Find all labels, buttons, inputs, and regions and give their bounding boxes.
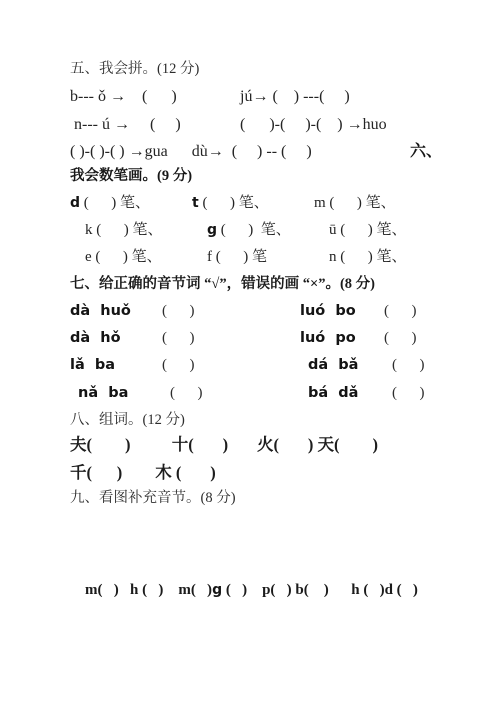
letter-e: e <box>85 249 92 265</box>
letter-u-macron: ū <box>329 222 337 238</box>
stroke-item-g: g ( ) 笔、 <box>207 221 329 239</box>
section6-number: 六、 <box>410 143 442 161</box>
section7-title: 七、给正确的音节词 “√”，错误的画 “×”。(8 分) <box>70 275 442 293</box>
answer-blank: ( ) <box>162 330 195 346</box>
stroke-count-row-3: e ( ) 笔、 f ( ) 笔 n ( ) 笔、 <box>70 248 442 266</box>
section8-title: 八、组词。(12 分) <box>70 411 442 429</box>
stroke-blank: ( ) 笔、 <box>92 249 162 265</box>
syllable-row-2: dà hǒ( ) luó po( ) <box>70 329 442 347</box>
pinyin-split-ju: jú→ ( ) ---( ) <box>240 88 350 106</box>
pinyin-word: dà hǒ <box>70 329 162 347</box>
syllable-da-ba: dá bǎ( ) <box>300 356 442 374</box>
stroke-item-k: k ( ) 笔、 <box>85 221 207 239</box>
section9-title: 九、看图补充音节。(8 分) <box>70 489 442 507</box>
syllable-la-ba: lǎ ba( ) <box>70 356 300 374</box>
pinyin-word: bá dǎ <box>308 384 392 402</box>
pinyin-blend-gua-du: ( )-( )-( ) →gua dù→ ( ) -- ( ) <box>70 143 312 161</box>
stroke-blank: ( ) 笔 <box>212 249 267 265</box>
worksheet-page: 五、我会拼。(12 分) b--- ǒ → ( ) jú→ ( ) ---( )… <box>0 0 500 708</box>
syllable-row-1: dà huǒ( ) luó bo( ) <box>70 302 442 320</box>
stroke-blank: ( ) 笔、 <box>217 222 291 238</box>
pinyin-blend-b-o: b--- ǒ → ( ) <box>70 88 240 106</box>
section5-title: 五、我会拼。(12 分) <box>70 60 442 78</box>
pinyin-word: lǎ ba <box>70 356 162 374</box>
pinyin-blend-n-u: n--- ú → ( ) <box>70 116 240 134</box>
syllable-blanks-right: ( ) p( ) b( ) h ( )d ( ) <box>222 582 418 598</box>
syllable-row-3: lǎ ba( ) dá bǎ( ) <box>70 356 442 374</box>
syllable-na-ba: nǎ ba( ) <box>78 384 308 402</box>
answer-blank: ( ) <box>162 357 195 373</box>
letter-t: t <box>192 195 199 211</box>
answer-blank: ( ) <box>384 330 417 346</box>
section5-row1: b--- ǒ → ( ) jú→ ( ) ---( ) <box>70 88 442 106</box>
pinyin-word: luó po <box>300 329 384 347</box>
answer-blank: ( ) <box>162 303 195 319</box>
pinyin-blend-huo: ( )-( )-( ) →huo <box>240 116 387 134</box>
letter-g: g <box>207 222 217 238</box>
stroke-item-e: e ( ) 笔、 <box>85 248 207 266</box>
stroke-item-d: d ( ) 笔、 <box>70 194 192 212</box>
answer-blank: ( ) <box>392 385 425 401</box>
stroke-item-n: n ( ) 笔、 <box>329 248 442 266</box>
stroke-count-row-2: k ( ) 笔、 g ( ) 笔、 ū ( ) 笔、 <box>70 221 442 239</box>
word-building-row-1: 夫( ) 十( ) 火( ) 天( ) <box>70 434 442 456</box>
answer-blank: ( ) <box>384 303 417 319</box>
stroke-item-m: m ( ) 笔、 <box>314 194 442 212</box>
pinyin-word: dá bǎ <box>308 356 392 374</box>
syllable-blanks-left: m( ) h ( ) m( ) <box>85 582 212 598</box>
stroke-blank: ( ) 笔、 <box>337 222 407 238</box>
letter-d: d <box>70 195 80 211</box>
pinyin-word: nǎ ba <box>78 384 170 402</box>
letter-k: k <box>85 222 93 238</box>
section5-row2: n--- ú → ( ) ( )-( )-( ) →huo <box>70 116 442 134</box>
pinyin-word: luó bo <box>300 302 384 320</box>
syllable-luo-po: luó po( ) <box>300 329 442 347</box>
stroke-blank: ( ) 笔、 <box>326 195 396 211</box>
section5-row3: ( )-( )-( ) →gua dù→ ( ) -- ( ) 六、 <box>70 143 442 161</box>
letter-n: n <box>329 249 337 265</box>
syllable-luo-bo: luó bo( ) <box>300 302 442 320</box>
syllable-da-huo: dà huǒ( ) <box>70 302 300 320</box>
stroke-blank: ( ) 笔、 <box>199 195 269 211</box>
pinyin-word: dà huǒ <box>70 302 162 320</box>
stroke-item-t: t ( ) 笔、 <box>192 194 314 212</box>
syllable-da-ho: dà hǒ( ) <box>70 329 300 347</box>
section6-title: 我会数笔画。(9 分) <box>70 167 442 185</box>
syllable-ba-da: bá dǎ( ) <box>308 384 442 402</box>
stroke-blank: ( ) 笔、 <box>93 222 163 238</box>
stroke-item-f: f ( ) 笔 <box>207 248 329 266</box>
syllable-completion-row: m( ) h ( ) m( )g ( ) p( ) b( ) h ( )d ( … <box>70 563 442 617</box>
letter-g: g <box>212 582 222 598</box>
stroke-count-row-1: d ( ) 笔、 t ( ) 笔、 m ( ) 笔、 <box>70 194 442 212</box>
stroke-blank: ( ) 笔、 <box>80 195 150 211</box>
letter-m: m <box>314 195 326 211</box>
stroke-item-u: ū ( ) 笔、 <box>329 221 442 239</box>
answer-blank: ( ) <box>170 385 203 401</box>
syllable-row-4: nǎ ba( ) bá dǎ( ) <box>70 384 442 402</box>
word-building-row-2: 千( ) 木 ( ) <box>70 462 442 484</box>
answer-blank: ( ) <box>392 357 425 373</box>
stroke-blank: ( ) 笔、 <box>337 249 407 265</box>
